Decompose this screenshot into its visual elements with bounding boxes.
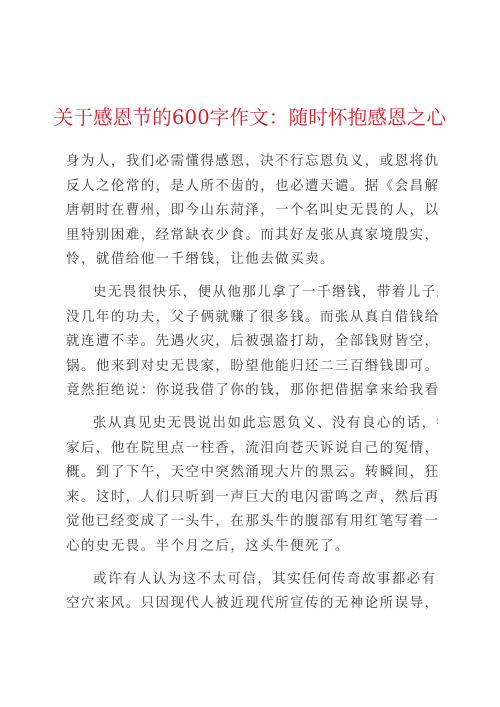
paragraph-spacer bbox=[66, 404, 438, 412]
text-line: 反人之伦常的，是人所不齿的，也必遭天谴。据《会昌解颐录》记载： bbox=[66, 175, 438, 200]
text-line: 心的史无畏。半个月之后，这头牛便死了。 bbox=[66, 535, 438, 560]
document-title: 关于感恩节的600字作文：随时怀抱感恩之心 bbox=[0, 104, 500, 132]
text-line: 来。这时，人们只听到一声巨大的电闪雷鸣之声，然后再看史无畏，发 bbox=[66, 486, 438, 511]
text-line: 锅。他来到对史无畏家，盼望他能归还二三百缗钱即可。没想到史无畏 bbox=[66, 355, 438, 380]
paragraph-1: 身为人，我们必需懂得感恩，决不行忘恩负义，或恩将仇报，那必是违 反人之伦常的，是… bbox=[66, 150, 438, 273]
text-line: 家后，他在院里点一柱香，流泪向苍天诉说自己的冤情，言辞特别愤 bbox=[66, 437, 438, 462]
document-page: 关于感恩节的600字作文：随时怀抱感恩之心 身为人，我们必需懂得感恩，决不行忘恩… bbox=[0, 0, 500, 707]
text-line: 或许有人认为这不太可信，其实任何传奇故事都必有其根源，而非 bbox=[66, 568, 438, 593]
paragraph-4: 或许有人认为这不太可信，其实任何传奇故事都必有其根源，而非 空穴来风。只因现代人… bbox=[66, 568, 438, 617]
text-line: 怜，就借给他一千缗钱，让他去做买卖。 bbox=[66, 248, 438, 273]
paragraph-2: 史无畏很快乐，便从他那儿拿了一千缗钱，带着儿子到江淮经商。 没几年的功夫，父子俩… bbox=[66, 281, 438, 404]
paragraph-spacer bbox=[66, 560, 438, 568]
text-line: 没几年的功夫，父子俩就赚了很多钱。而张从真自借钱给史无畏之后， bbox=[66, 306, 438, 331]
paragraph-3: 张从真见史无畏说出如此忘恩负义、没有良心的话，特别生气。回 家后，他在院里点一柱… bbox=[66, 412, 438, 560]
paragraph-spacer bbox=[66, 273, 438, 281]
text-line: 里特别困难，经常缺衣少食。而其好友张从真家境殷实，他见史无畏可 bbox=[66, 224, 438, 249]
text-line: 空穴来风。只因现代人被近现代所宣传的无神论所误导，不信任因果报 bbox=[66, 592, 438, 617]
text-line: 史无畏很快乐，便从他那儿拿了一千缗钱，带着儿子到江淮经商。 bbox=[66, 281, 438, 306]
text-line: 觉他已经变成了一头牛，在那头牛的腹部有用红笔写着一行字：没有良 bbox=[66, 510, 438, 535]
text-line: 身为人，我们必需懂得感恩，决不行忘恩负义，或恩将仇报，那必是违 bbox=[66, 150, 438, 175]
text-line: 唐朝时在曹州，即今山东菏泽，一个名叫史无畏的人，以种地为生，家 bbox=[66, 199, 438, 224]
text-line: 竟然拒绝说：你说我借了你的钱，那你把借据拿来给我看看。 bbox=[66, 379, 438, 404]
document-body: 身为人，我们必需懂得感恩，决不行忘恩负义，或恩将仇报，那必是违 反人之伦常的，是… bbox=[66, 150, 438, 617]
text-line: 就连遭不幸。先遇火灾，后被强盗打劫，全部钱财皆空，几乎揭不开 bbox=[66, 330, 438, 355]
text-line: 概。到了下午，天空中突然涌现大片的黑云。转瞬间，狂风骤雨凶狠袭 bbox=[66, 461, 438, 486]
text-line: 张从真见史无畏说出如此忘恩负义、没有良心的话，特别生气。回 bbox=[66, 412, 438, 437]
